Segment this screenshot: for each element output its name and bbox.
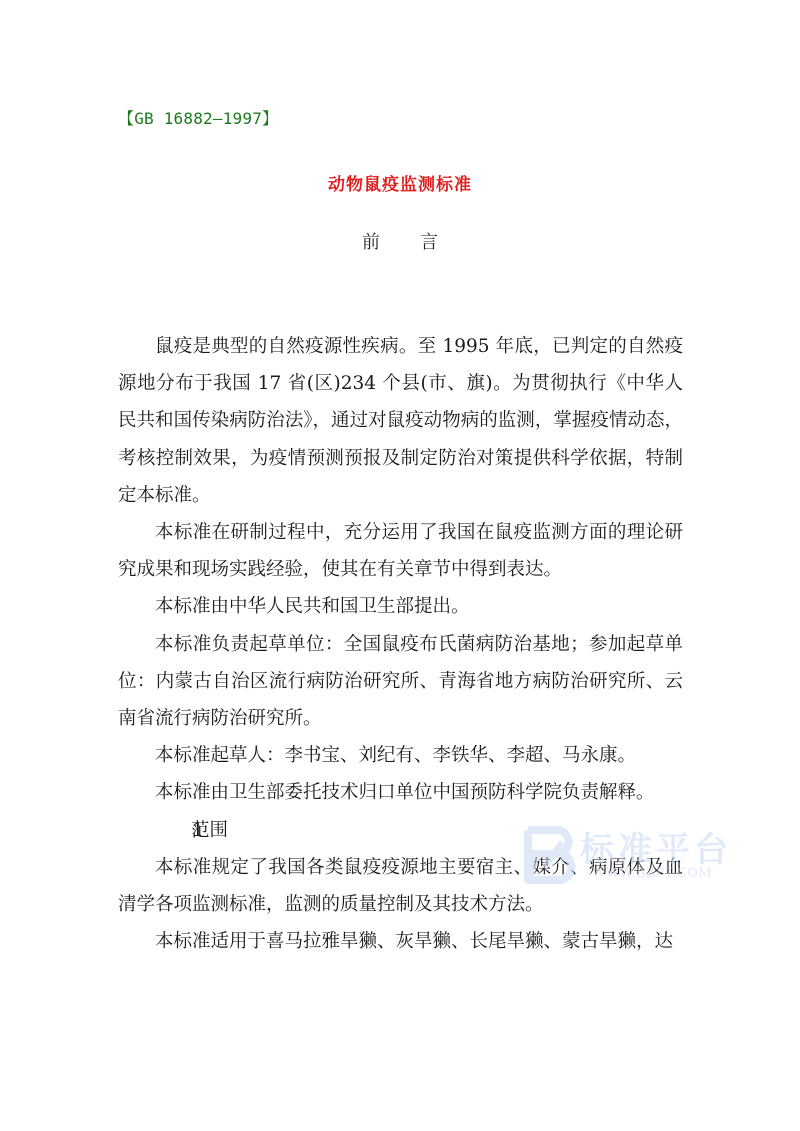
paragraph-intro: 鼠疫是典型的自然疫源性疾病。至 1995 年底，已判定的自然疫源地分布于我国 1… — [118, 328, 683, 514]
paragraph-proposer: 本标准由中华人民共和国卫生部提出。 — [118, 588, 683, 625]
paragraph-development: 本标准在研制过程中，充分运用了我国在鼠疫监测方面的理论研究成果和现场实践经验，使… — [118, 514, 683, 588]
document-body: 鼠疫是典型的自然疫源性疾病。至 1995 年底，已判定的自然疫源地分布于我国 1… — [118, 328, 683, 960]
paragraph-drafting-units: 本标准负责起草单位：全国鼠疫布氏菌病防治基地；参加起草单位：内蒙古自治区流行病防… — [118, 626, 683, 738]
paragraph-scope: 本标准规定了我国各类鼠疫疫源地主要宿主、媒介、病原体及血清学各项监测标准，监测的… — [118, 849, 683, 923]
standard-code: 【GB 16882—1997】 — [118, 106, 278, 129]
paragraph-interpretation: 本标准由卫生部委托技术归口单位中国预防科学院负责解释。 — [118, 774, 683, 811]
clause-title: 范围 — [191, 820, 228, 841]
clause-number: 1 — [155, 812, 191, 849]
document-page: 【GB 16882—1997】 动物鼠疫监测标准 前言 鼠疫是典型的自然疫源性疾… — [0, 0, 800, 1131]
document-title: 动物鼠疫监测标准 — [0, 170, 800, 195]
clause-heading-scope: 1范围 — [118, 812, 683, 849]
paragraph-applicability: 本标准适用于喜马拉雅旱獭、灰旱獭、长尾旱獭、蒙古旱獭，达 — [118, 923, 683, 960]
paragraph-drafters: 本标准起草人：李书宝、刘纪有、李铁华、李超、马永康。 — [118, 737, 683, 774]
section-heading-foreword: 前言 — [0, 228, 800, 254]
